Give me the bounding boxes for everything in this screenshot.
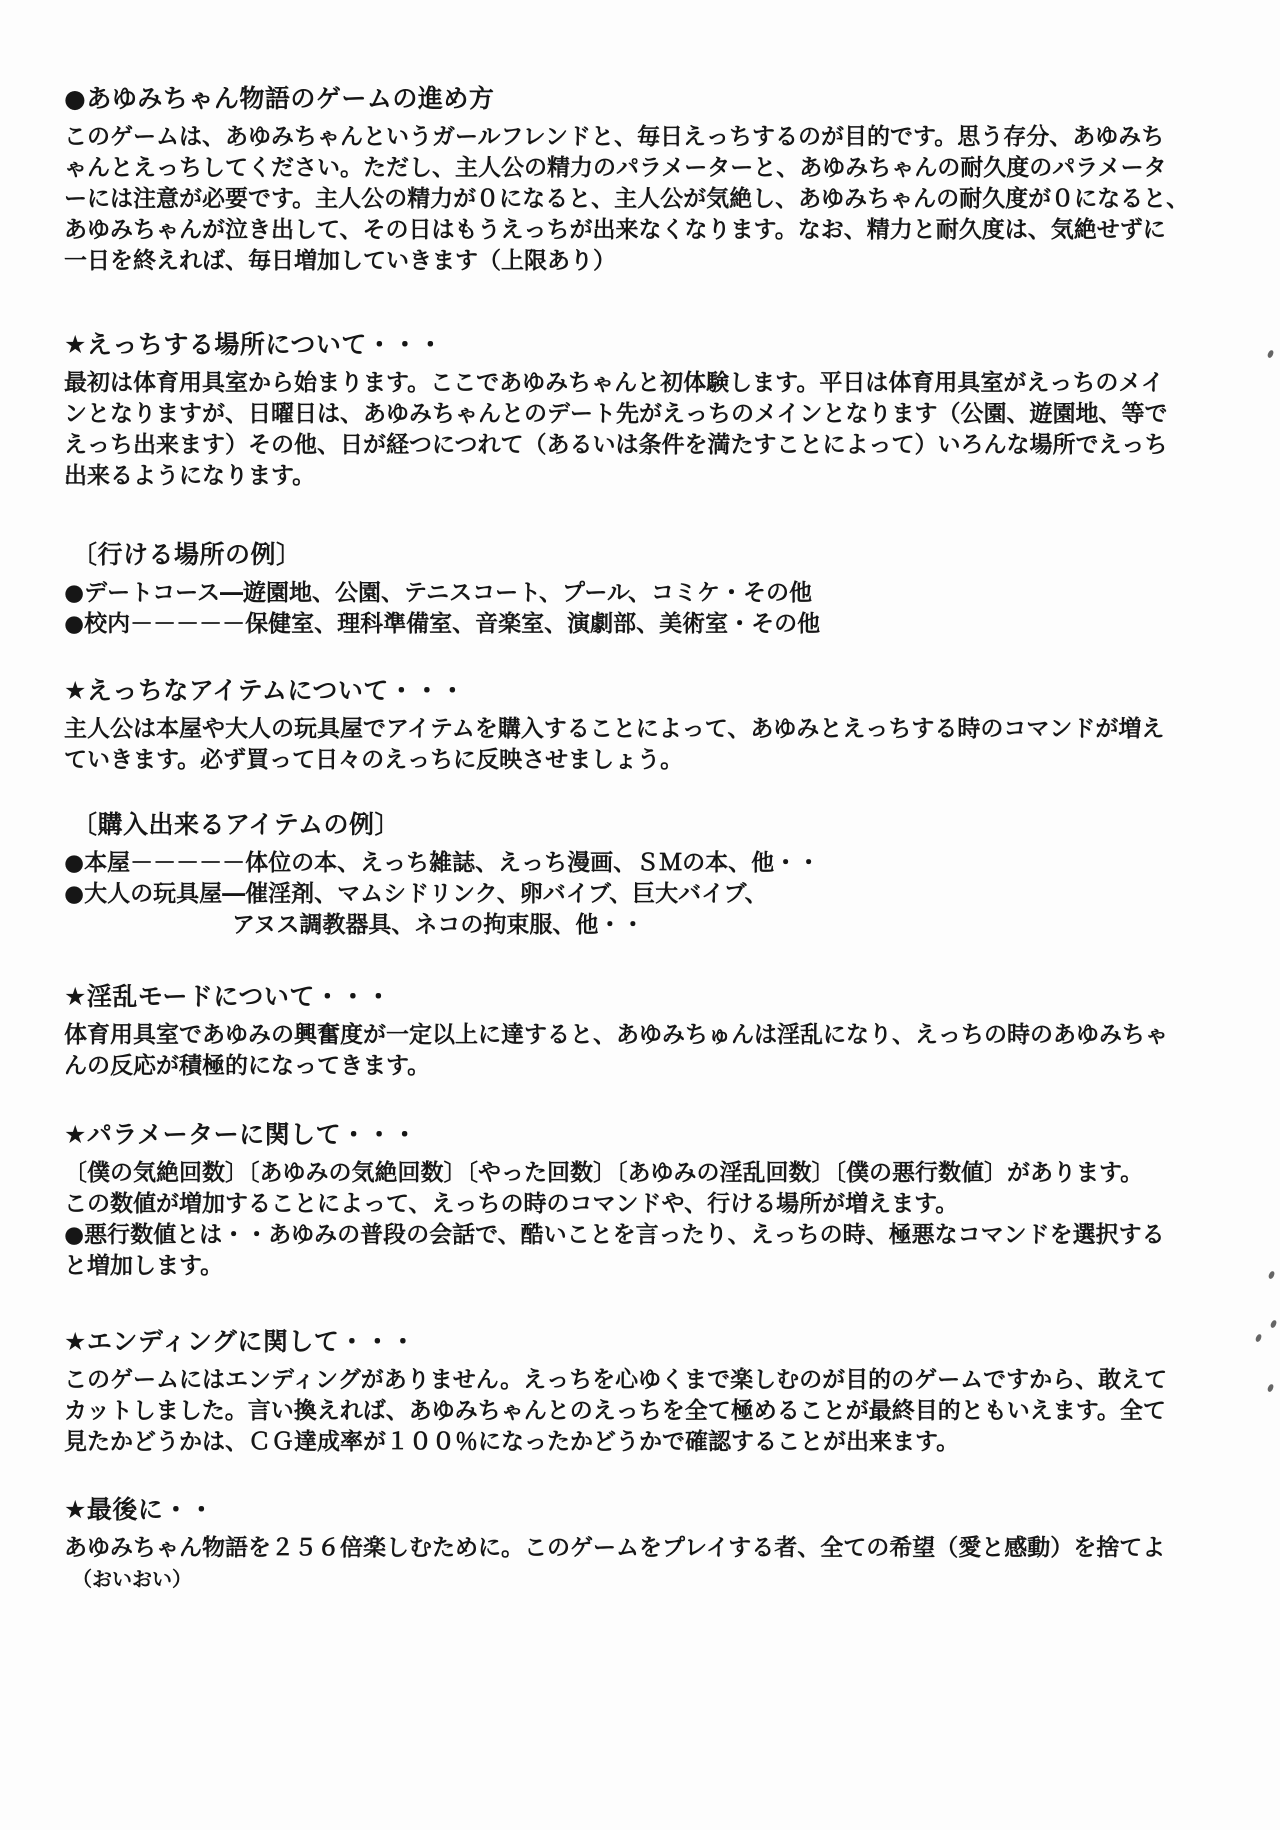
list-item: ●大人の玩具屋―催淫剤、マムシドリンク、卵バイブ、巨大バイブ、 (64, 879, 1220, 910)
section-inran-mode: ★淫乱モードについて・・・ 体育用具室であゆみの興奮度が一定以上に達すると、あゆ… (64, 982, 1220, 1082)
text-line: えっち出来ます）その他、日が経つにつれて（あるいは条件を満たすことによって）いろ… (64, 430, 1220, 461)
text-line: このゲームは、あゆみちゃんというガールフレンドと、毎日えっちするのが目的です。思… (64, 122, 1220, 153)
section-heading: ★えっちなアイテムについて・・・ (64, 676, 1220, 706)
text-line: このゲームにはエンディングがありません。えっちを心ゆくまで楽しむのが目的のゲーム… (64, 1365, 1220, 1396)
scan-speck (1267, 349, 1274, 358)
text-line: 見たかどうかは、ＣＧ達成率が１００％になったかどうかで確認することが出来ます。 (64, 1427, 1220, 1458)
text-line: あゆみちゃんが泣き出して、その日はもうえっちが出来なくなります。なお、精力と耐久… (64, 215, 1220, 246)
scan-speck (1270, 1319, 1277, 1328)
text-line: 一日を終えれば、毎日増加していきます（上限あり） (64, 246, 1220, 277)
list-example-locations: 〔行ける場所の例〕 ●デートコース―遊園地、公園、テニスコート、プール、コミケ・… (64, 540, 1220, 640)
section-etchi-items: ★えっちなアイテムについて・・・ 主人公は本屋や大人の玩具屋でアイテムを購入する… (64, 676, 1220, 776)
text-line: ●悪行数値とは・・あゆみの普段の会話で、酷いことを言ったり、えっちの時、極悪なコ… (64, 1220, 1220, 1251)
text-line: ていきます。必ず買って日々のえっちに反映させましょう。 (64, 745, 1220, 776)
text-line: 主人公は本屋や大人の玩具屋でアイテムを購入することによって、あゆみとえっちする時… (64, 714, 1220, 745)
list-item: ●デートコース―遊園地、公園、テニスコート、プール、コミケ・その他 (64, 578, 1220, 609)
text-line: この数値が増加することによって、えっちの時のコマンドや、行ける場所が増えます。 (64, 1189, 1220, 1220)
text-line: んの反応が積極的になってきます。 (64, 1051, 1220, 1082)
aside-note: （おいおい） (64, 1564, 1220, 1594)
text-line: 〔僕の気絶回数〕〔あゆみの気絶回数〕〔やった回数〕〔あゆみの淫乱回数〕〔僕の悪行… (64, 1158, 1220, 1189)
section-heading: ●あゆみちゃん物語のゲームの進め方 (64, 84, 1220, 114)
text-line: 最初は体育用具室から始まります。ここであゆみちゃんと初体験します。平日は体育用具… (64, 368, 1220, 399)
section-heading: ★淫乱モードについて・・・ (64, 982, 1220, 1012)
list-item: ●校内－－－－－保健室、理科準備室、音楽室、演劇部、美術室・その他 (64, 609, 1220, 640)
section-parameters: ★パラメーターに関して・・・ 〔僕の気絶回数〕〔あゆみの気絶回数〕〔やった回数〕… (64, 1120, 1220, 1282)
section-heading: ★えっちする場所について・・・ (64, 330, 1220, 360)
document-content: ●あゆみちゃん物語のゲームの進め方 このゲームは、あゆみちゃんというガールフレン… (64, 84, 1220, 1594)
list-item: ●本屋－－－－－体位の本、えっち雑誌、えっち漫画、ＳＭの本、他・・ (64, 848, 1220, 879)
text-line: と増加します。 (64, 1251, 1220, 1282)
section-heading: ★エンディングに関して・・・ (64, 1327, 1220, 1357)
scan-speck (1268, 1270, 1275, 1279)
section-heading: 〔行ける場所の例〕 (64, 540, 1220, 570)
text-line: ンとなりますが、日曜日は、あゆみちゃんとのデート先がえっちのメインとなります（公… (64, 399, 1220, 430)
scan-speck (1255, 1333, 1262, 1342)
scan-speck (1267, 1383, 1274, 1392)
section-etchi-locations: ★えっちする場所について・・・ 最初は体育用具室から始まります。ここであゆみちゃ… (64, 330, 1220, 492)
list-item-continuation: アヌス調教器具、ネコの拘束服、他・・ (64, 910, 1220, 941)
section-heading: ★パラメーターに関して・・・ (64, 1120, 1220, 1150)
section-ending: ★エンディングに関して・・・ このゲームにはエンディングがありません。えっちを心… (64, 1327, 1220, 1458)
section-heading: ★最後に・・ (64, 1495, 1220, 1525)
text-line: 体育用具室であゆみの興奮度が一定以上に達すると、あゆみちゅんは淫乱になり、えっち… (64, 1020, 1220, 1051)
text-line: あゆみちゃん物語を２５６倍楽しむために。このゲームをプレイする者、全ての希望（愛… (64, 1533, 1220, 1564)
section-game-progression: ●あゆみちゃん物語のゲームの進め方 このゲームは、あゆみちゃんというガールフレン… (64, 84, 1220, 277)
section-heading: 〔購入出来るアイテムの例〕 (64, 810, 1220, 840)
text-line: ゃんとえっちしてください。ただし、主人公の精力のパラメーターと、あゆみちゃんの耐… (64, 153, 1220, 184)
text-line: ーには注意が必要です。主人公の精力が０になると、主人公が気絶し、あゆみちゃんの耐… (64, 184, 1220, 215)
text-line: 出来るようになります。 (64, 461, 1220, 492)
text-line: カットしました。言い換えれば、あゆみちゃんとのえっちを全て極めることが最終目的と… (64, 1396, 1220, 1427)
list-example-items: 〔購入出来るアイテムの例〕 ●本屋－－－－－体位の本、えっち雑誌、えっち漫画、Ｓ… (64, 810, 1220, 941)
section-final-note: ★最後に・・ あゆみちゃん物語を２５６倍楽しむために。このゲームをプレイする者、… (64, 1495, 1220, 1594)
scanned-page: ●あゆみちゃん物語のゲームの進め方 このゲームは、あゆみちゃんというガールフレン… (0, 0, 1280, 1830)
